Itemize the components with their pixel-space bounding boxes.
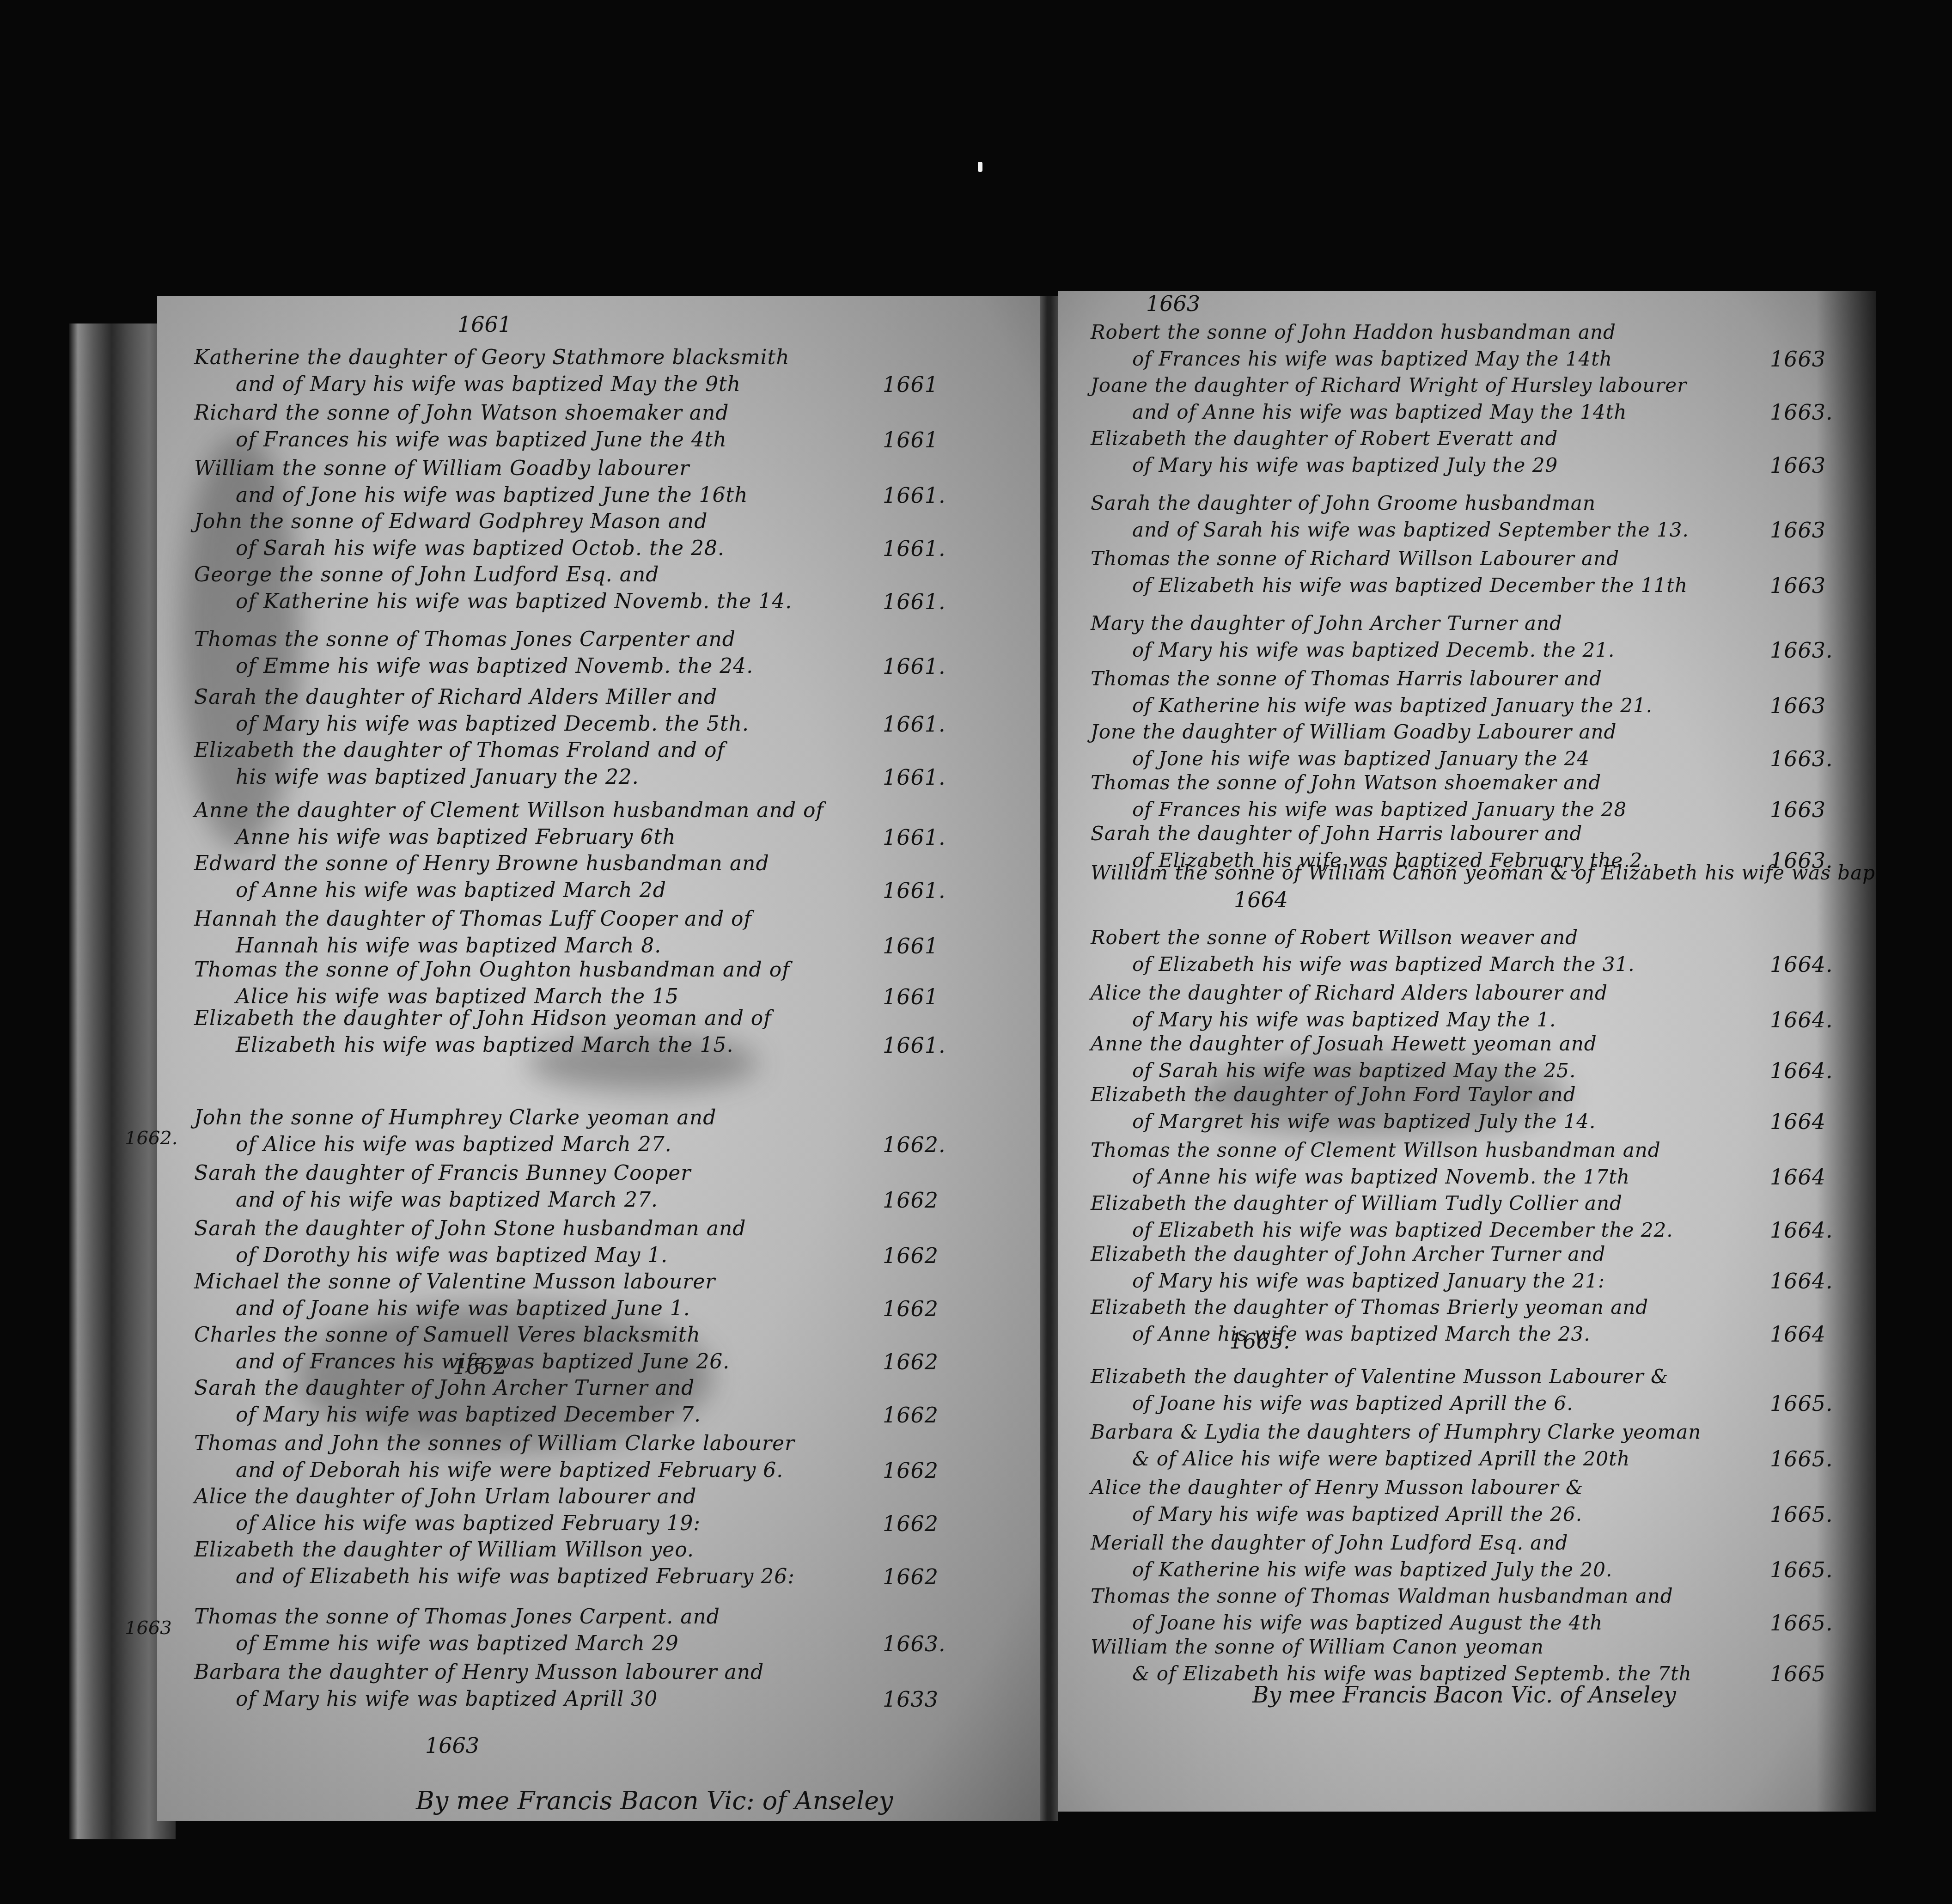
margin-note-1663: 1663	[125, 1617, 172, 1639]
baptism-entry: John the sonne of Edward Godphrey Mason …	[194, 508, 725, 562]
baptism-entry: Thomas the sonne of John Watson shoemake…	[1091, 769, 1627, 823]
baptism-entry: George the sonne of John Ludford Esq. an…	[194, 561, 792, 615]
entry-line-2: and of Sarah his wife was baptized Septe…	[1091, 517, 1689, 543]
entry-line-2: of Katherine his wife was baptized Novem…	[194, 588, 792, 615]
entry-line-1: Thomas and John the sonnes of William Cl…	[194, 1430, 795, 1457]
baptism-entry: Sarah the daughter of Francis Bunney Coo…	[194, 1160, 691, 1214]
entry-line-1: Alice the daughter of Henry Musson labou…	[1091, 1474, 1583, 1501]
baptism-entry: Robert the sonne of John Haddon husbandm…	[1091, 319, 1616, 372]
entry-line-2: of Elizabeth his wife was baptized March…	[1091, 951, 1635, 978]
baptism-entry: Alice the daughter of Henry Musson labou…	[1091, 1474, 1583, 1528]
entry-line-2: of Mary his wife was baptized July the 2…	[1091, 452, 1558, 479]
year-heading-1663: 1663	[425, 1733, 479, 1758]
entry-line-1: Edward the sonne of Henry Browne husband…	[194, 850, 769, 877]
entry-year: 1661.	[883, 1032, 946, 1059]
baptism-entry: Alice the daughter of Richard Alders lab…	[1091, 980, 1608, 1033]
entry-year: 1662	[883, 1242, 939, 1269]
entry-year: 1662.	[883, 1131, 946, 1158]
entry-line-1: Robert the sonne of Robert Willson weave…	[1091, 924, 1635, 951]
margin-note-1662: 1662.	[125, 1128, 178, 1149]
baptism-entry: Thomas the sonne of Thomas Harris labour…	[1091, 665, 1653, 719]
baptism-entry: Thomas and John the sonnes of William Cl…	[194, 1430, 795, 1484]
entry-line-1: Elizabeth the daughter of Robert Everatt…	[1091, 425, 1558, 452]
entry-year: 1662	[883, 1187, 939, 1214]
entry-year: 1661	[883, 427, 939, 453]
entry-line-1: Elizabeth the daughter of John Ford Tayl…	[1091, 1081, 1596, 1108]
entry-line-1: William the sonne of William Goadby labo…	[194, 455, 748, 482]
baptism-entry: Michael the sonne of Valentine Musson la…	[194, 1269, 715, 1322]
entry-line-1: Elizabeth the daughter of William Tudly …	[1091, 1190, 1673, 1217]
entry-year: 1662	[883, 1563, 939, 1590]
entry-line-1: Alice the daughter of Richard Alders lab…	[1091, 980, 1608, 1007]
entry-line-2: of Jone his wife was baptized January th…	[1091, 745, 1616, 772]
baptism-entry: Thomas the sonne of Thomas Jones Carpent…	[194, 1604, 720, 1657]
baptism-entry: Sarah the daughter of Richard Alders Mil…	[194, 684, 749, 738]
open-register-book: 1661 1662 1663 Katherine the daughter of…	[69, 296, 1899, 1858]
entry-line-2: Anne his wife was baptized February 6th	[194, 824, 824, 851]
entry-line-2: of Mary his wife was baptized January th…	[1091, 1268, 1605, 1294]
baptism-entry: Joane the daughter of Richard Wright of …	[1091, 372, 1687, 426]
baptism-entry: Thomas the sonne of John Oughton husband…	[194, 957, 790, 1010]
entry-year: 1661	[883, 371, 939, 398]
baptism-entry: Elizabeth the daughter of William Tudly …	[1091, 1190, 1673, 1244]
entry-line-1: Sarah the daughter of John Archer Turner…	[194, 1375, 701, 1402]
baptism-entry: Jone the daughter of William Goadby Labo…	[1091, 719, 1616, 772]
entry-line-2: of Anne his wife was baptized Novemb. th…	[1091, 1164, 1661, 1190]
entry-line-2: of Mary his wife was baptized May the 1.	[1091, 1007, 1608, 1033]
baptism-entry: Richard the sonne of John Watson shoemak…	[194, 400, 729, 453]
entry-line-1: William the sonne of William Canon yeoma…	[1091, 1634, 1692, 1660]
baptism-entry: Edward the sonne of Henry Browne husband…	[194, 850, 769, 904]
entry-line-1: Michael the sonne of Valentine Musson la…	[194, 1269, 715, 1295]
entry-line-1: Thomas the sonne of Richard Willson Labo…	[1091, 545, 1688, 572]
entry-line-1: Anne the daughter of Clement Willson hus…	[194, 797, 824, 824]
entry-line-2: of Sarah his wife was baptized Octob. th…	[194, 535, 725, 562]
baptism-entry: Elizabeth the daughter of William Willso…	[194, 1537, 795, 1590]
entry-line-1: Mary the daughter of John Archer Turner …	[1091, 610, 1615, 637]
entry-line-1: Meriall the daughter of John Ludford Esq…	[1091, 1530, 1612, 1556]
entry-line-2: of Frances his wife was baptized June th…	[194, 427, 729, 453]
entry-line-1: Thomas the sonne of John Oughton husband…	[194, 957, 790, 983]
entry-year: 1661.	[883, 653, 946, 680]
entry-line-1: Anne the daughter of Josuah Hewett yeoma…	[1091, 1031, 1597, 1057]
entry-line-2: of Joane his wife was baptized August th…	[1091, 1610, 1673, 1636]
baptism-entry: Charles the sonne of Samuell Veres black…	[194, 1322, 730, 1375]
entry-line-2: his wife was baptized January the 22.	[194, 764, 725, 791]
baptism-entry: Thomas the sonne of Richard Willson Labo…	[1091, 545, 1688, 599]
entry-line-2: Elizabeth his wife was baptized March th…	[194, 1032, 772, 1059]
baptism-entry: Sarah the daughter of John Stone husband…	[194, 1215, 746, 1269]
entry-year: 1661.	[883, 877, 946, 904]
baptism-entry: Mary the daughter of John Archer Turner …	[1091, 610, 1615, 664]
entry-line-2: of Anne his wife was baptized March 2d	[194, 877, 769, 904]
entry-line-2: of Margret his wife was baptized July th…	[1091, 1108, 1596, 1135]
left-page: 1661 1662 1663 Katherine the daughter of…	[157, 296, 1040, 1821]
baptism-entry: William the sonne of William Goadby labo…	[194, 455, 748, 509]
entry-line-1: Alice the daughter of John Urlam laboure…	[194, 1483, 701, 1510]
entry-year: 1633	[883, 1686, 939, 1713]
entry-year: 1661.	[883, 588, 946, 615]
entry-line-2: Hannah his wife was baptized March 8.	[194, 933, 752, 959]
entry-line-1: Elizabeth the daughter of John Archer Tu…	[1091, 1241, 1605, 1268]
vicar-signature: By mee Francis Bacon Vic. of Anseley	[1252, 1682, 1676, 1708]
entry-line-1: Richard the sonne of John Watson shoemak…	[194, 400, 729, 427]
entry-line-1: Sarah the daughter of Richard Alders Mil…	[194, 684, 749, 711]
entry-line-2: of Sarah his wife was baptized May the 2…	[1091, 1057, 1597, 1084]
entry-line-1: Sarah the daughter of John Groome husban…	[1091, 490, 1689, 517]
entry-line-1: John the sonne of Edward Godphrey Mason …	[194, 508, 725, 535]
entry-line-2: and of Joane his wife was baptized June …	[194, 1295, 715, 1322]
baptism-entry: Katherine the daughter of Geory Stathmor…	[194, 344, 790, 398]
entry-line-2: of Emme his wife was baptized Novemb. th…	[194, 653, 753, 680]
entry-line-1: William the sonne of William Canon yeoma…	[1091, 860, 1876, 886]
baptism-entry: Anne the daughter of Clement Willson hus…	[194, 797, 824, 851]
entry-year: 1661.	[883, 764, 946, 791]
year-heading-1661: 1661	[457, 312, 512, 337]
baptism-entry: Elizabeth the daughter of John Ford Tayl…	[1091, 1081, 1596, 1135]
entry-line-1: Katherine the daughter of Geory Stathmor…	[194, 344, 790, 371]
entry-line-2: & of Alice his wife were baptized Aprill…	[1091, 1446, 1701, 1472]
entry-line-2: of Anne his wife was baptized March the …	[1091, 1321, 1648, 1348]
baptism-entry: Meriall the daughter of John Ludford Esq…	[1091, 1530, 1612, 1583]
entry-year: 1661.	[883, 482, 946, 509]
entry-line-1: Elizabeth the daughter of William Willso…	[194, 1537, 795, 1563]
entry-year: 1662	[883, 1295, 939, 1322]
entry-line-1: Sarah the daughter of John Stone husband…	[194, 1215, 746, 1242]
entry-line-2: and of Frances his wife was baptized Jun…	[194, 1349, 730, 1375]
baptism-entry: Sarah the daughter of John Archer Turner…	[194, 1375, 701, 1428]
entry-line-1: Thomas the sonne of Thomas Harris labour…	[1091, 665, 1653, 692]
entry-line-2: of Frances his wife was baptized May the…	[1091, 346, 1616, 372]
baptism-entry: Elizabeth the daughter of Robert Everatt…	[1091, 425, 1558, 479]
entry-line-2: of Katherine his wife was baptized July …	[1091, 1556, 1612, 1583]
entry-line-1: Robert the sonne of John Haddon husbandm…	[1091, 319, 1616, 346]
entry-line-1: Thomas the sonne of John Watson shoemake…	[1091, 769, 1627, 796]
baptism-entry: Sarah the daughter of John Groome husban…	[1091, 490, 1689, 543]
entry-line-2: and of Mary his wife was baptized May th…	[194, 371, 790, 398]
entry-year: 1661	[883, 983, 939, 1010]
year-heading-1663: 1663	[1146, 291, 1200, 316]
entry-line-2: of Mary his wife was baptized Decemb. th…	[194, 711, 749, 738]
entry-line-1: Thomas the sonne of Clement Willson husb…	[1091, 1137, 1661, 1164]
page-edge-shadow	[1816, 291, 1876, 1812]
entry-year: 1662	[883, 1510, 939, 1537]
entry-line-2: of Mary his wife was baptized Aprill the…	[1091, 1501, 1583, 1528]
baptism-entry: John the sonne of Humphrey Clarke yeoman…	[194, 1105, 716, 1158]
baptism-entry: Thomas the sonne of Thomas Jones Carpent…	[194, 626, 753, 680]
entry-line-1: Thomas the sonne of Thomas Jones Carpent…	[194, 626, 753, 653]
baptism-entry: Elizabeth the daughter of Thomas Brierly…	[1091, 1294, 1648, 1348]
entry-line-2: and of his wife was baptized March 27.	[194, 1187, 691, 1214]
entry-line-2: and of Jone his wife was baptized June t…	[194, 482, 748, 509]
right-page: 1663 1664 1665. Robert the sonne of John…	[1058, 291, 1876, 1812]
book-gutter	[1040, 296, 1058, 1821]
entry-line-1: Sarah the daughter of John Harris labour…	[1091, 820, 1649, 847]
entry-line-1: Joane the daughter of Richard Wright of …	[1091, 372, 1687, 399]
baptism-entry: William the sonne of William Canon yeoma…	[1091, 860, 1876, 886]
baptism-entry: Barbara the daughter of Henry Musson lab…	[194, 1659, 764, 1713]
year-heading-1664: 1664	[1234, 887, 1288, 912]
entry-line-1: Barbara the daughter of Henry Musson lab…	[194, 1659, 764, 1686]
entry-line-1: Elizabeth the daughter of John Hidson ye…	[194, 1005, 772, 1032]
scan-artifact-dot	[978, 162, 982, 172]
baptism-entry: Thomas the sonne of Thomas Waldman husba…	[1091, 1583, 1673, 1636]
entry-line-2: of Mary his wife was baptized Aprill 30	[194, 1686, 764, 1713]
entry-line-1: Elizabeth the daughter of Valentine Muss…	[1091, 1363, 1668, 1390]
baptism-entry: William the sonne of William Canon yeoma…	[1091, 1634, 1692, 1687]
vicar-signature: By mee Francis Bacon Vic: of Anseley	[416, 1786, 893, 1815]
baptism-entry: Elizabeth the daughter of John Archer Tu…	[1091, 1241, 1605, 1294]
baptism-entry: Anne the daughter of Josuah Hewett yeoma…	[1091, 1031, 1597, 1084]
entry-line-1: Elizabeth the daughter of Thomas Brierly…	[1091, 1294, 1648, 1321]
baptism-entry: Thomas the sonne of Clement Willson husb…	[1091, 1137, 1661, 1190]
entry-line-2: of Mary his wife was baptized Decemb. th…	[1091, 637, 1615, 664]
entry-line-1: Sarah the daughter of Francis Bunney Coo…	[194, 1160, 691, 1187]
entry-year: 1662	[883, 1402, 939, 1428]
entry-line-2: and of Elizabeth his wife was baptized F…	[194, 1563, 795, 1590]
baptism-entry: Elizabeth the daughter of John Hidson ye…	[194, 1005, 772, 1059]
entry-line-2: of Frances his wife was baptized January…	[1091, 796, 1627, 823]
entry-line-1: Elizabeth the daughter of Thomas Froland…	[194, 737, 725, 764]
baptism-entry: Barbara & Lydia the daughters of Humphry…	[1091, 1419, 1701, 1472]
entry-line-1: Barbara & Lydia the daughters of Humphry…	[1091, 1419, 1701, 1446]
entry-line-2: of Elizabeth his wife was baptized Decem…	[1091, 1217, 1673, 1244]
entry-year: 1661.	[883, 824, 946, 851]
entry-line-1: Hannah the daughter of Thomas Luff Coope…	[194, 906, 752, 933]
entry-year: 1661.	[883, 535, 946, 562]
baptism-entry: Elizabeth the daughter of Valentine Muss…	[1091, 1363, 1668, 1417]
entry-line-2: of Joane his wife was baptized Aprill th…	[1091, 1390, 1668, 1417]
baptism-entry: Elizabeth the daughter of Thomas Froland…	[194, 737, 725, 791]
entry-line-1: Thomas the sonne of Thomas Waldman husba…	[1091, 1583, 1673, 1610]
entry-year: 1661	[883, 933, 939, 959]
entry-year: 1663.	[883, 1630, 946, 1657]
entry-line-2: of Alice his wife was baptized February …	[194, 1510, 701, 1537]
entry-year: 1661.	[883, 711, 946, 738]
entry-line-1: Jone the daughter of William Goadby Labo…	[1091, 719, 1616, 745]
entry-year: 1662	[883, 1349, 939, 1375]
entry-line-2: and of Deborah his wife were baptized Fe…	[194, 1457, 795, 1484]
entry-line-2: of Mary his wife was baptized December 7…	[194, 1402, 701, 1428]
entry-line-1: George the sonne of John Ludford Esq. an…	[194, 561, 792, 588]
entry-line-2: of Katherine his wife was baptized Janua…	[1091, 692, 1653, 719]
entry-line-2: of Elizabeth his wife was baptized Decem…	[1091, 572, 1688, 599]
entry-line-1: Charles the sonne of Samuell Veres black…	[194, 1322, 730, 1349]
entry-line-1: Thomas the sonne of Thomas Jones Carpent…	[194, 1604, 720, 1630]
baptism-entry: Hannah the daughter of Thomas Luff Coope…	[194, 906, 752, 959]
entry-year: 1662	[883, 1457, 939, 1484]
baptism-entry: Robert the sonne of Robert Willson weave…	[1091, 924, 1635, 978]
entry-line-2: of Emme his wife was baptized March 29	[194, 1630, 720, 1657]
entry-line-2: and of Anne his wife was baptized May th…	[1091, 399, 1687, 426]
entry-line-2: of Alice his wife was baptized March 27.	[194, 1131, 716, 1158]
baptism-entry: Alice the daughter of John Urlam laboure…	[194, 1483, 701, 1537]
entry-line-1: John the sonne of Humphrey Clarke yeoman…	[194, 1105, 716, 1131]
entry-line-2: of Dorothy his wife was baptized May 1.	[194, 1242, 746, 1269]
